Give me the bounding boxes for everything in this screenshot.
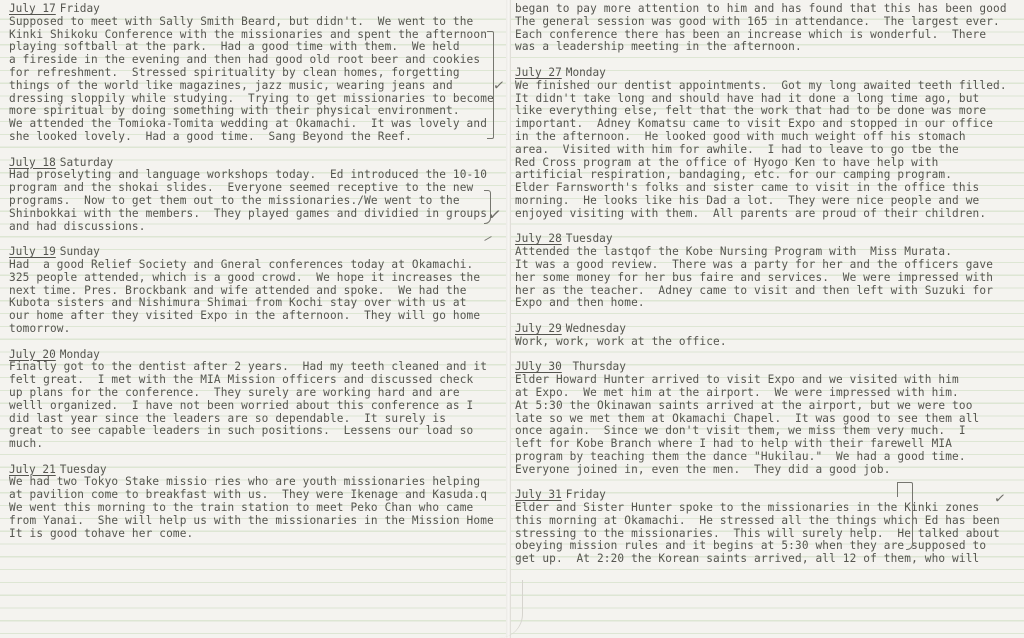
right-page-entries: July 27MondayWe finished our dentist app…	[515, 67, 1018, 566]
entry-date: July 31	[515, 488, 566, 501]
entry-text-line: Shinbokkai with the members. They played…	[9, 208, 502, 221]
entry-text-line: in the afternoon. He looked good with mu…	[515, 131, 1018, 144]
entry-weekday: Monday	[60, 348, 100, 361]
entry-text-line: We went this morning to the train statio…	[9, 502, 502, 515]
entry-text-line: At 5:30 the Okinawan saints arrived at t…	[515, 400, 1018, 413]
diary-entry: July 19SundayHad a good Relief Society a…	[9, 246, 502, 336]
entry-text-line: felt great. I met with the MIA Mission o…	[9, 374, 502, 387]
entry-text-line: Elder Howard Hunter arrived to visit Exp…	[515, 374, 1018, 387]
entry-date: July 28	[515, 232, 566, 245]
entry-date: JUly 30	[515, 360, 566, 373]
entry-text-line: Supposed to meet with Sally Smith Beard,…	[9, 16, 502, 29]
entry-text-line: began to pay more attention to him and h…	[515, 3, 1018, 16]
check-mark-icon: ✓	[492, 78, 506, 93]
entry-text-line: from Yanai. She will help us with the mi…	[9, 515, 502, 528]
entry-text-line: Elder and Sister Hunter spoke to the mis…	[515, 502, 1018, 515]
entry-text-line: Work, work, work at the office.	[515, 336, 1018, 349]
left-page: July 17FridaySupposed to meet with Sally…	[0, 0, 508, 638]
entry-date: July 21	[9, 463, 60, 476]
entry-date-heading: July 27Monday	[515, 67, 1018, 80]
continued-entry: began to pay more attention to him and h…	[515, 3, 1018, 54]
diary-entry: July 20MondayFinally got to the dentist …	[9, 349, 502, 451]
entry-text-line: Expo and then home.	[515, 297, 1018, 310]
entry-text-line: program by teaching them the dance "Huki…	[515, 451, 1018, 464]
diary-entry: July 18SaturdayHad proselyting and langu…	[9, 157, 502, 234]
entry-text-line: was a leadership meeting in the afternoo…	[515, 41, 1018, 54]
entry-text-line: Everyone joined in, even the men. They d…	[515, 464, 1018, 477]
entry-text-line: her some money for her bus faire and ser…	[515, 272, 1018, 285]
diary-entry: JUly 30 ThursdayElder Howard Hunter arri…	[515, 361, 1018, 476]
diary-entry: July 28TuesdayAttended the lastqof the K…	[515, 233, 1018, 310]
entry-text-line: our home after they visited Expo in the …	[9, 310, 502, 323]
entry-weekday: Tuesday	[60, 463, 107, 476]
entry-text-line: up plans for the conference. They surely…	[9, 387, 502, 400]
entry-text-line: and had discussions.	[9, 221, 502, 234]
entry-text-line: for refreshment. Stressed spirituality b…	[9, 67, 502, 80]
entry-weekday: Monday	[566, 66, 606, 79]
entry-text-line: enjoyed visiting with them. All parents …	[515, 208, 1018, 221]
entry-date: July 27	[515, 66, 566, 79]
right-page: began to pay more attention to him and h…	[510, 0, 1024, 638]
entry-weekday: Thursday	[566, 360, 626, 373]
entry-weekday: Friday	[60, 2, 100, 15]
entry-text-line: programs. Now to get them out to the mis…	[9, 195, 502, 208]
entry-weekday: Wednesday	[566, 322, 626, 335]
diary-entry: July 31FridayElder and Sister Hunter spo…	[515, 489, 1018, 566]
check-mark-icon: ✓	[487, 207, 502, 223]
diary-entry: July 17FridaySupposed to meet with Sally…	[9, 3, 502, 144]
entry-text-line: this morning at Okamachi. He stressed al…	[515, 515, 1018, 528]
diary-entry: July 21TuesdayWe had two Tokyo Stake mis…	[9, 464, 502, 541]
entry-text-line: left for Kobe Branch where I had to help…	[515, 438, 1018, 451]
entry-date: July 20	[9, 348, 60, 361]
entry-text-line: things of the world like magazines, jazz…	[9, 80, 502, 93]
left-page-entries: July 17FridaySupposed to meet with Sally…	[9, 3, 502, 540]
entry-text-line: at Expo. We met him at the airport. We w…	[515, 387, 1018, 400]
entry-date: July 29	[515, 322, 566, 335]
entry-text-line: welll organized. I have not been worried…	[9, 400, 502, 413]
entry-date-heading: July 17Friday	[9, 3, 502, 16]
entry-text-line: area. Visited with him for awhile. I had…	[515, 144, 1018, 157]
entry-text-line: morning. He looks like his Dad a lot. Th…	[515, 195, 1018, 208]
entry-text-line: The general session was good with 165 in…	[515, 16, 1018, 29]
entry-text-line: Had a good Relief Society and Gneral con…	[9, 259, 502, 272]
margin-bracket	[906, 482, 913, 550]
check-mark-icon: ✓	[993, 491, 1007, 506]
entry-text-line: tomorrow.	[9, 323, 502, 336]
entry-text-line: she looked lovely. Had a good time. Sang…	[9, 131, 502, 144]
entry-text-line: much.	[9, 438, 502, 451]
entry-date: July 18	[9, 156, 60, 169]
entry-weekday: Sunday	[60, 245, 100, 258]
entry-date: July 17	[9, 2, 60, 15]
diary-entry: July 29WednesdayWork, work, work at the …	[515, 323, 1018, 349]
entry-weekday: Tuesday	[566, 232, 613, 245]
entry-weekday: Saturday	[60, 156, 113, 169]
entry-date-heading: July 29Wednesday	[515, 323, 1018, 336]
entry-text-line: We finished our dentist appointments. Go…	[515, 80, 1018, 93]
entry-date: July 19	[9, 245, 60, 258]
entry-text-line: It is good tohave her come.	[9, 528, 502, 541]
diary-entry: July 27MondayWe finished our dentist app…	[515, 67, 1018, 221]
entry-text-line: get up. At 2:20 the Korean saints arrive…	[515, 553, 1018, 566]
entry-weekday: Friday	[566, 488, 606, 501]
entry-text-line: great to see capable leaders in such pos…	[9, 425, 502, 438]
entry-text-line: 325 people attended, which is a good cro…	[9, 272, 502, 285]
entry-text-line: It was a good review. There was a party …	[515, 259, 1018, 272]
